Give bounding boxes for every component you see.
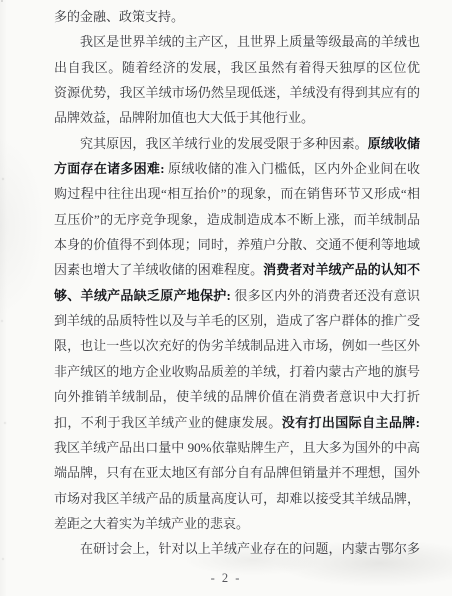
bold-text-segment: 没有打出国际自主品牌: xyxy=(282,415,420,430)
text-segment: 出自我区。随着经济的发展，我区虽然有着得天独厚的区位优势、 xyxy=(54,60,420,80)
text-line: 限，也让一些以次充好的伪劣羊绒制品进入市场，例如一些区外 xyxy=(54,333,420,358)
text-segment: 到羊绒的品质特性以及与羊毛的区别，造成了客户群体的推广受 xyxy=(54,313,420,328)
text-line: 购过程中往往出现“相互抬价”的现象，而在销售环节又形成“相 xyxy=(54,181,420,206)
text-segment: 我区是世界羊绒的主产区，且世界上质量等级最高的羊绒也 xyxy=(80,34,420,49)
text-segment: 很多区内外的消费者还没有意识 xyxy=(231,288,420,303)
body-text-block: 多的金融、政策支持。我区是世界羊绒的主产区，且世界上质量等级最高的羊绒也出自我区… xyxy=(54,4,420,562)
text-line: 扣，不利于我区羊绒产业的健康发展。没有打出国际自主品牌: xyxy=(54,410,420,435)
text-segment: 在研讨会上，针对以上羊绒产业存在的问题，内蒙古鄂尔多 xyxy=(80,541,420,556)
text-line: 够、羊绒产品缺乏原产地保护: 很多区内外的消费者还没有意识 xyxy=(54,283,420,308)
text-line: 向外推销羊绒制品，使羊绒的品牌价值在消费者意识中大打折 xyxy=(54,384,420,409)
text-line: 究其原因，我区羊绒行业的发展受限于多种因素。原绒收储 xyxy=(54,131,420,156)
text-segment: 非产绒区的地方企业收购品质差的羊绒，打着内蒙古产地的旗号 xyxy=(54,364,420,379)
text-segment: 资源优势，我区羊绒市场仍然呈现低迷，羊绒没有得到其应有的 xyxy=(54,85,420,100)
text-segment: 向外推销羊绒制品，使羊绒的品牌价值在消费者意识中大打折 xyxy=(54,389,420,404)
text-line: 多的金融、政策支持。 xyxy=(54,4,420,29)
text-line: 到羊绒的品质特性以及与羊毛的区别，造成了客户群体的推广受 xyxy=(54,308,420,333)
bold-text-segment: 方面存在诸多困难: xyxy=(54,161,165,176)
text-line: 我区是世界羊绒的主产区，且世界上质量等级最高的羊绒也 xyxy=(54,29,420,54)
text-line: 出自我区。随着经济的发展，我区虽然有着得天独厚的区位优势、 xyxy=(54,55,420,80)
text-segment: 品牌效益，品牌附加值也大大低于其他行业。 xyxy=(54,110,314,125)
text-segment: 原绒收储的准入门槛低，区内外企业间在收 xyxy=(165,161,420,176)
text-line: 品牌效益，品牌附加值也大大低于其他行业。 xyxy=(54,105,420,130)
text-line: 差距之大着实为羊绒产业的悲哀。 xyxy=(54,511,420,536)
text-line: 非产绒区的地方企业收购品质差的羊绒，打着内蒙古产地的旗号 xyxy=(54,359,420,384)
text-line: 在研讨会上，针对以上羊绒产业存在的问题，内蒙古鄂尔多 xyxy=(54,536,420,561)
bold-text-segment: 够、羊绒产品缺乏原产地保护: xyxy=(54,288,231,303)
text-segment: 扣，不利于我区羊绒产业的健康发展。 xyxy=(54,415,282,430)
text-segment: 究其原因，我区羊绒行业的发展受限于多种因素。 xyxy=(80,136,368,151)
text-segment: 我区羊绒产品出口量中 90%依靠贴牌生产，且大多为国外的中高 xyxy=(54,440,420,455)
bold-text-segment: 原绒收储 xyxy=(368,136,420,151)
page-number: - 2 - xyxy=(0,566,452,591)
text-line: 资源优势，我区羊绒市场仍然呈现低迷，羊绒没有得到其应有的 xyxy=(54,80,420,105)
text-line: 端品牌，只有在亚太地区有部分自有品牌但销量并不理想，国外 xyxy=(54,460,420,485)
text-line: 方面存在诸多困难: 原绒收储的准入门槛低，区内外企业间在收 xyxy=(54,156,420,181)
text-segment: 多的金融、政策支持。 xyxy=(54,9,184,24)
text-segment: 市场对我区羊绒产品的质量高度认可，却难以接受其羊绒品牌， xyxy=(54,491,420,506)
bold-text-segment: 消费者对羊绒产品的认知不 xyxy=(263,262,420,277)
text-segment: 限，也让一些以次充好的伪劣羊绒制品进入市场，例如一些区外 xyxy=(54,338,420,353)
text-line: 本身的价值得不到体现；同时，养殖户分散、交通不便利等地域 xyxy=(54,232,420,257)
text-line: 互压价”的无序竞争现象，造成制造成本不断上涨，而羊绒制品 xyxy=(54,207,420,232)
text-segment: 因素也增大了羊绒收储的困难程度。 xyxy=(54,262,263,277)
document-page: 多的金融、政策支持。我区是世界羊绒的主产区，且世界上质量等级最高的羊绒也出自我区… xyxy=(0,0,452,596)
text-line: 我区羊绒产品出口量中 90%依靠贴牌生产，且大多为国外的中高 xyxy=(54,435,420,460)
text-segment: 端品牌，只有在亚太地区有部分自有品牌但销量并不理想，国外 xyxy=(54,465,420,480)
text-segment: 差距之大着实为羊绒产业的悲哀。 xyxy=(54,516,249,531)
text-segment: 互压价”的无序竞争现象，造成制造成本不断上涨，而羊绒制品 xyxy=(54,212,420,227)
text-segment: 购过程中往往出现“相互抬价”的现象，而在销售环节又形成“相 xyxy=(54,186,420,201)
text-segment: 本身的价值得不到体现；同时，养殖户分散、交通不便利等地域 xyxy=(54,237,420,252)
text-line: 因素也增大了羊绒收储的困难程度。消费者对羊绒产品的认知不 xyxy=(54,257,420,282)
text-line: 市场对我区羊绒产品的质量高度认可，却难以接受其羊绒品牌， xyxy=(54,486,420,511)
